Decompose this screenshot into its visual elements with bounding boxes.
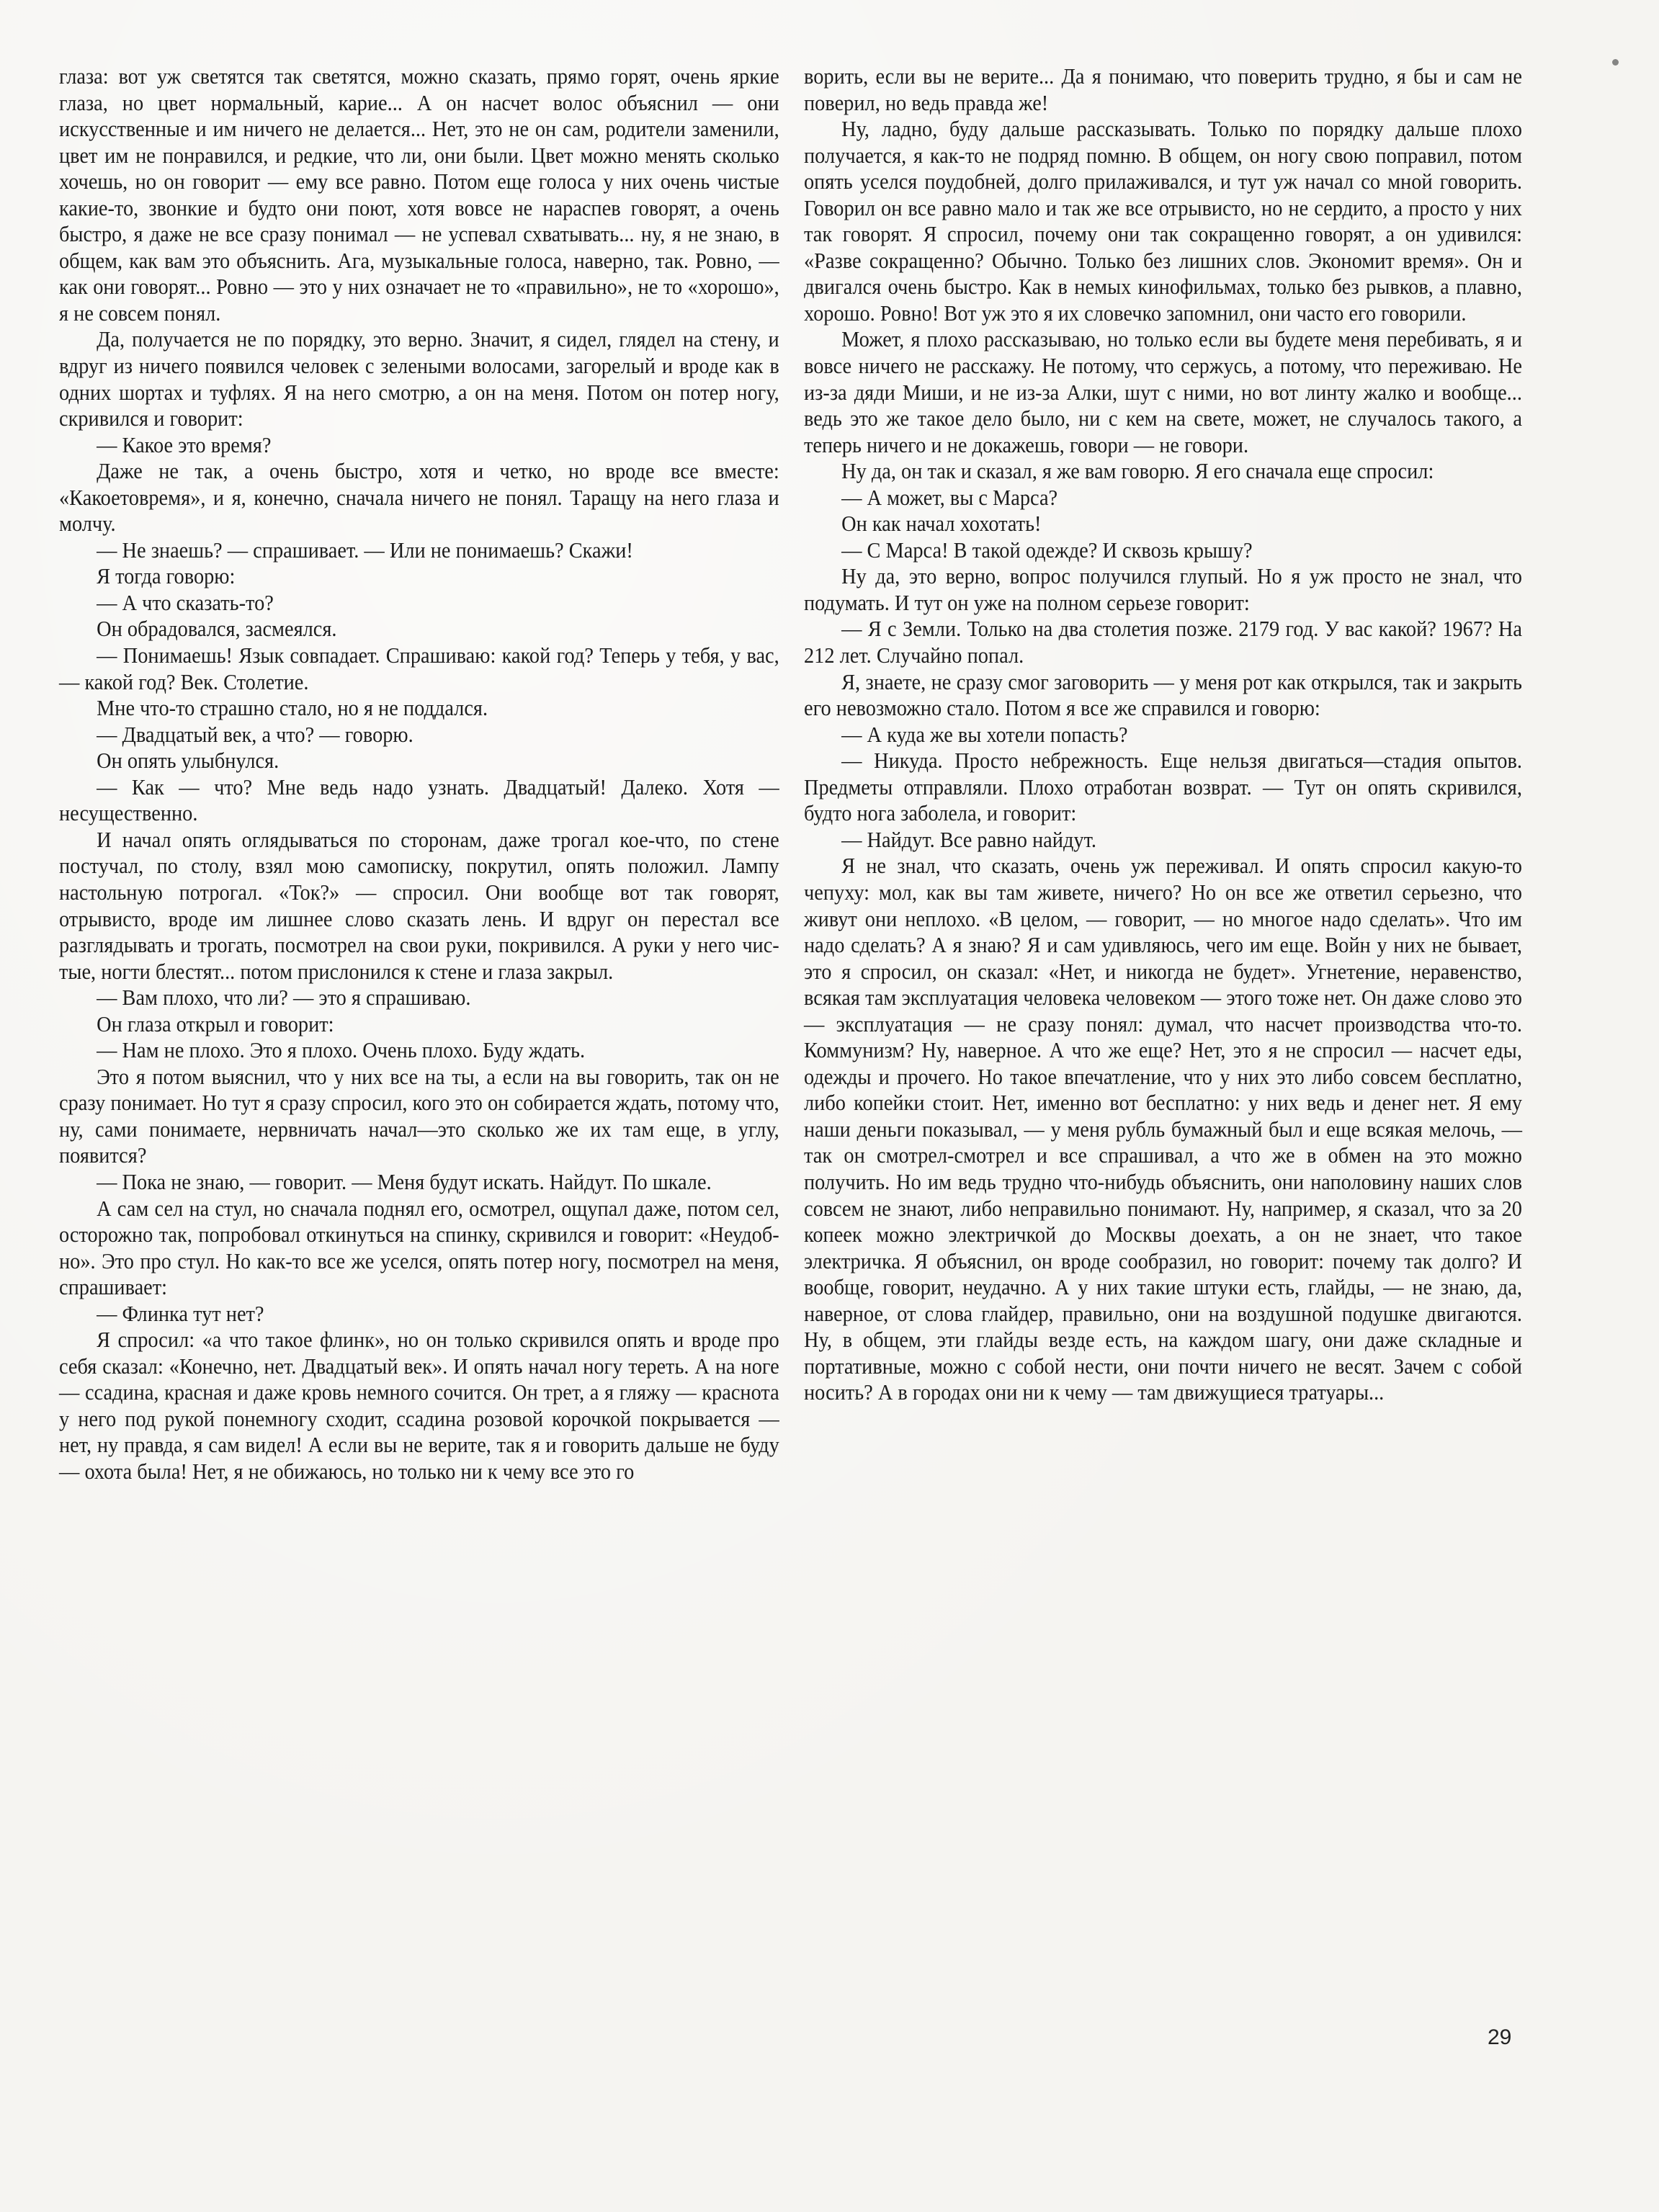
dialogue-line: — Пока не знаю, — говорит. — Меня будут … [59,1169,779,1196]
paragraph: ворить, если вы не верите... Да я понима… [804,63,1522,116]
paragraph: Ну да, он так и сказал, я же вам говорю.… [804,458,1522,485]
paragraph: Он обрадовался, засмеялся. [59,616,779,642]
dialogue-line: — С Марса! В такой одежде? И сквозь крыш… [804,537,1522,564]
paragraph: глаза: вот уж светятся так светятся, мож… [59,63,779,326]
paragraph: Я не знал, что сказать, очень уж пережив… [804,853,1522,1405]
paragraph: Я тогда говорю: [59,563,779,590]
paragraph: Ну да, это верно, вопрос получился глупы… [804,563,1522,616]
right-text-column: ворить, если вы не верите... Да я понима… [804,63,1522,1406]
dialogue-line: — Никуда. Просто небрежность. Еще нельзя… [804,748,1522,827]
paragraph: Даже не так, а очень быстро, хотя и четк… [59,458,779,537]
paragraph: Он опять улыбнулся. [59,748,779,774]
paragraph: А сам сел на стул, но сначала поднял его… [59,1196,779,1301]
left-text-column: глаза: вот уж светятся так светятся, мож… [59,63,779,1485]
paragraph: Да, получается не по порядку, это верно.… [59,326,779,431]
dialogue-line: — А может, вы с Марса? [804,485,1522,511]
dialogue-line: — Как — что? Мне ведь надо узнать. Двадц… [59,774,779,827]
page-number: 29 [1488,2025,1511,2050]
paragraph: Он как начал хохотать! [804,511,1522,537]
paragraph: Ну, ладно, буду дальше рассказывать. Тол… [804,116,1522,326]
dialogue-line: — Найдут. Все равно найдут. [804,827,1522,854]
dialogue-line: — Флинка тут нет? [59,1301,779,1327]
paragraph: И начал опять оглядываться по сторонам, … [59,827,779,985]
paragraph: Это я потом выяснил, что у них все на ты… [59,1064,779,1169]
dialogue-line: — Нам не плохо. Это я плохо. Очень плохо… [59,1037,779,1064]
dialogue-line: — Какое это время? [59,432,779,459]
dialogue-line: — А куда же вы хотели попасть? [804,722,1522,748]
dialogue-line: — Я с Земли. Только на два столетия позж… [804,616,1522,668]
print-speck-mark [1612,59,1619,66]
magazine-page: глаза: вот уж светятся так светятся, мож… [0,0,1659,2212]
dialogue-line: — А что сказать-то? [59,590,779,617]
dialogue-line: — Не знаешь? — спрашивает. — Или не пони… [59,537,779,564]
dialogue-line: — Двадцатый век, а что? — говорю. [59,722,779,748]
paragraph: Может, я плохо рассказываю, но только ес… [804,326,1522,458]
paragraph: Он глаза открыл и говорит: [59,1011,779,1038]
paragraph: Мне что-то страшно стало, но я не поддал… [59,695,779,722]
dialogue-line: — Вам плохо, что ли? — это я спрашиваю. [59,985,779,1011]
paragraph: Я спросил: «а что такое флинк», но он то… [59,1327,779,1485]
dialogue-line: — Понимаешь! Язык совпадает. Спрашиваю: … [59,642,779,695]
paragraph: Я, знаете, не сразу смог заговорить — у … [804,669,1522,722]
